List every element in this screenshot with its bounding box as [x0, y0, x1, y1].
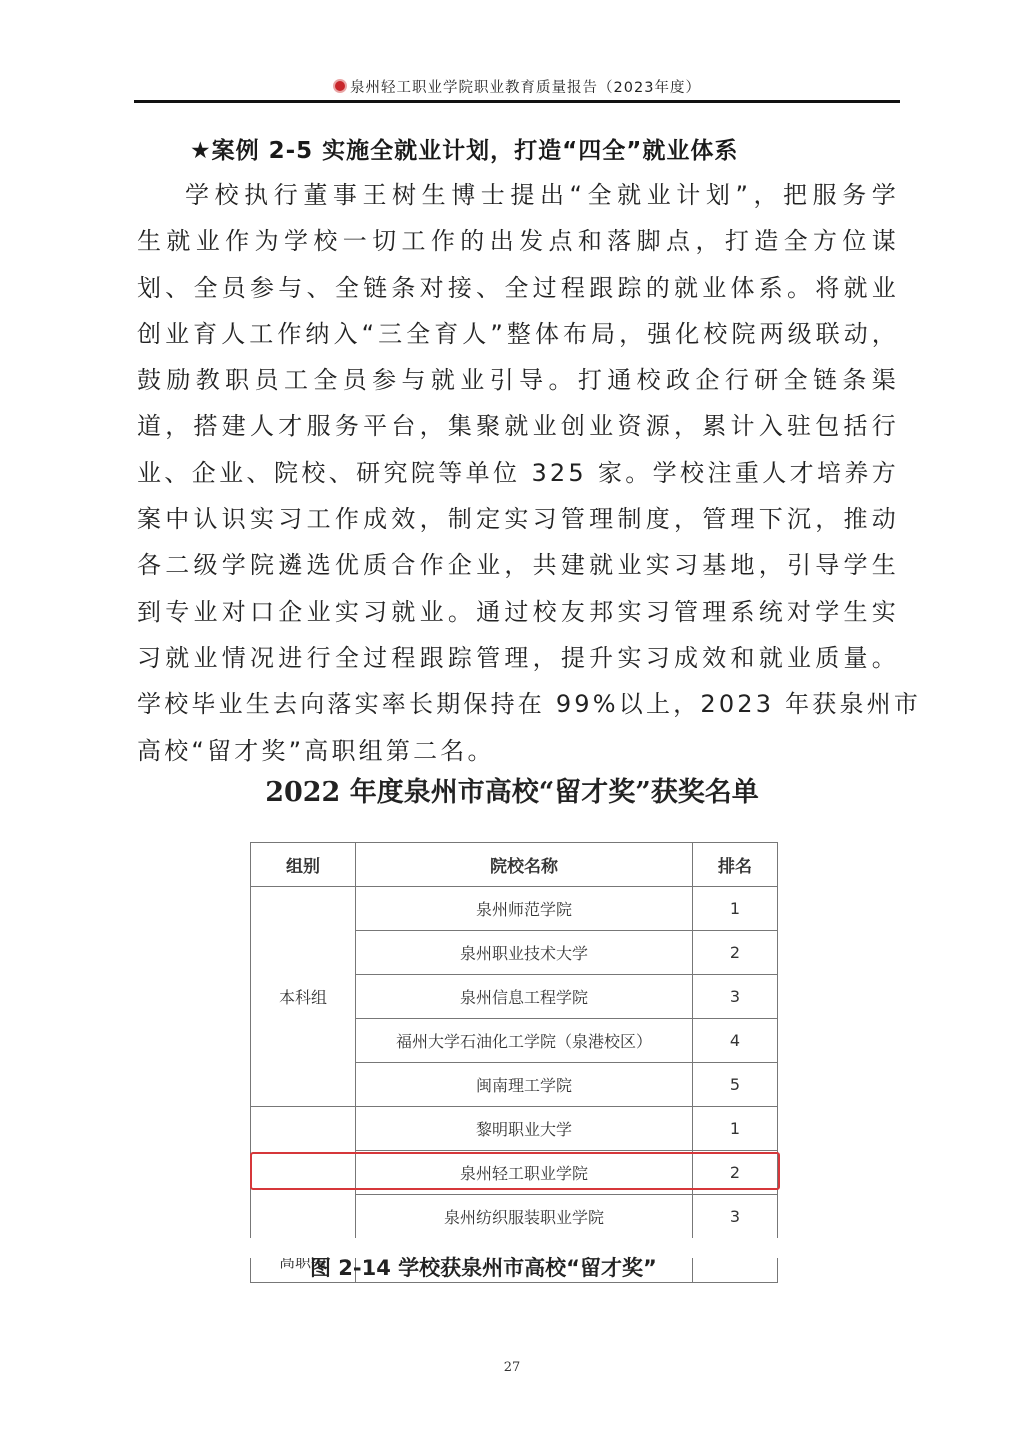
table-row: 高职组 黎明职业大学 1 — [251, 1107, 778, 1151]
school-emblem-icon — [333, 79, 347, 93]
rank: 1 — [693, 1107, 778, 1151]
figure-title: 2022 年度泉州市高校“留才奖”获奖名单 — [234, 770, 790, 809]
body-paragraph: 学校执行董事王树生博士提出“全就业计划”，把服务学 生就业作为学校一切工作的出发… — [137, 172, 899, 774]
school-name: 闽南理工学院 — [356, 1063, 693, 1107]
table-header-row: 组别 院校名称 排名 — [251, 843, 778, 887]
header-rank: 排名 — [693, 843, 778, 887]
header-school-name: 院校名称 — [356, 843, 693, 887]
body-line: 学校毕业生去向落实率长期保持在 99%以上，2023 年获泉州市 — [137, 681, 899, 727]
school-name: 泉州师范学院 — [356, 887, 693, 931]
award-table: 组别 院校名称 排名 本科组 泉州师范学院 1 泉州职业技术大学 2 泉州信息工… — [250, 842, 778, 1283]
header-title: 泉州轻工职业学院职业教育质量报告（2023年度） — [350, 76, 701, 97]
rank: 3 — [693, 1195, 778, 1239]
case-title: ★案例 2-5 实施全就业计划，打造“四全”就业体系 — [190, 132, 738, 165]
school-name: 福州大学石油化工学院（泉港校区） — [356, 1019, 693, 1063]
body-line: 创业育人工作纳入“三全育人”整体布局，强化校院两级联动， — [137, 311, 899, 357]
body-line: 到专业对口企业实习就业。通过校友邦实习管理系统对学生实 — [137, 589, 899, 635]
rank: 3 — [693, 975, 778, 1019]
table-row: 本科组 泉州师范学院 1 — [251, 887, 778, 931]
body-line: 各二级学院遴选优质合作企业，共建就业实习基地，引导学生 — [137, 542, 899, 588]
body-line: 业、企业、院校、研究院等单位 325 家。学校注重人才培养方 — [137, 450, 899, 496]
page-header: 泉州轻工职业学院职业教育质量报告（2023年度） — [134, 72, 900, 102]
school-name: 泉州职业技术大学 — [356, 931, 693, 975]
school-name: 泉州信息工程学院 — [356, 975, 693, 1019]
rank: 5 — [693, 1063, 778, 1107]
body-line: 划、全员参与、全链条对接、全过程跟踪的就业体系。将就业 — [137, 265, 899, 311]
header-group: 组别 — [251, 843, 356, 887]
school-name: 泉州纺织服装职业学院 — [356, 1195, 693, 1239]
body-line: 高校“留才奖”高职组第二名。 — [137, 728, 899, 774]
rank: 4 — [693, 1019, 778, 1063]
rank: 2 — [693, 931, 778, 975]
group-cell: 本科组 — [251, 887, 356, 1107]
body-line: 案中认识实习工作成效，制定实习管理制度，管理下沉，推动 — [137, 496, 899, 542]
body-line: 生就业作为学校一切工作的出发点和落脚点，打造全方位谋 — [137, 218, 899, 264]
highlight-box — [250, 1152, 780, 1190]
rank: 1 — [693, 887, 778, 931]
figure-caption: 图 2-14 学校获泉州市高校“留才奖” — [310, 1252, 657, 1282]
header-rule — [134, 100, 900, 103]
page-number: 27 — [0, 1360, 1024, 1375]
body-line: 鼓励教职员工全员参与就业引导。打通校政企行研全链条渠 — [137, 357, 899, 403]
school-name: 黎明职业大学 — [356, 1107, 693, 1151]
body-line: 学校执行董事王树生博士提出“全就业计划”，把服务学 — [137, 172, 899, 218]
body-line: 道，搭建人才服务平台，集聚就业创业资源，累计入驻包括行 — [137, 403, 899, 449]
body-line: 习就业情况进行全过程跟踪管理，提升实习成效和就业质量。 — [137, 635, 899, 681]
